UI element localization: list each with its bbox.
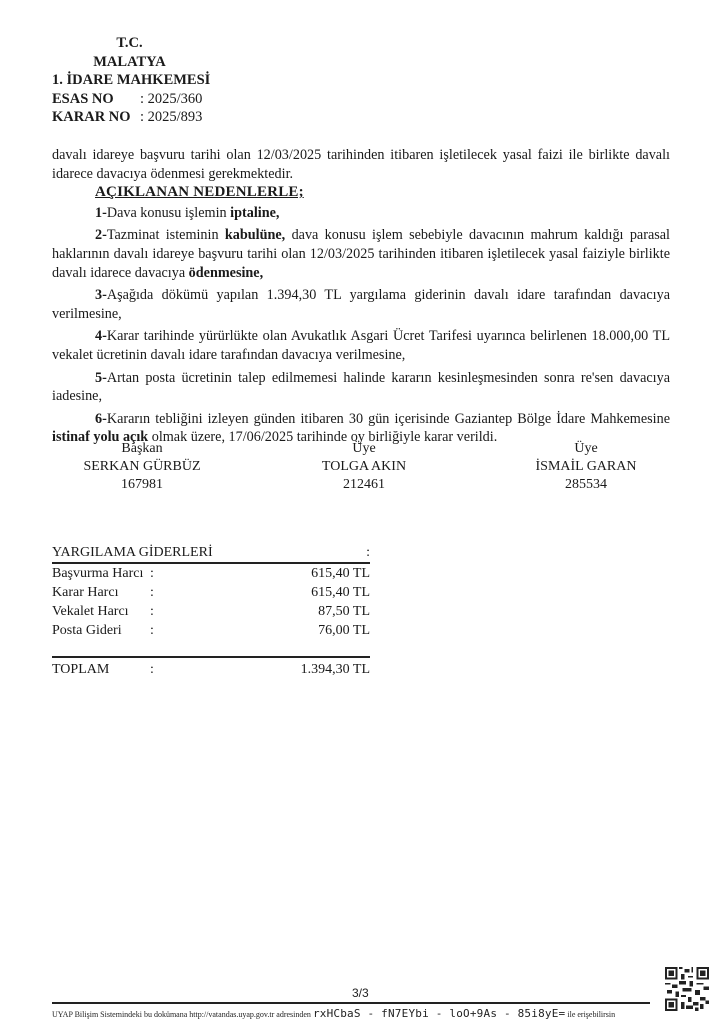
total-colon: : (150, 660, 170, 679)
footer-text-end: ile erişebilirsin (565, 1010, 615, 1019)
decision-item-3: 3-Aşağıda dökümü yapılan 1.394,30 TL yar… (52, 286, 670, 323)
costs-title-row: YARGILAMA GİDERLERİ : (52, 543, 370, 564)
cost-label: Posta Gideri (52, 621, 150, 640)
signer-role: Başkan (42, 440, 242, 458)
cost-colon: : (150, 602, 170, 621)
document-header: T.C. MALATYA 1. İDARE MAHKEMESİ ESAS NO … (52, 34, 210, 127)
item-text: Karar tarihinde yürürlükte olan Avukatlı… (52, 328, 670, 363)
costs-title-colon: : (366, 543, 370, 562)
signer-role: Üye (264, 440, 464, 458)
item-text: Dava konusu işlemin (107, 205, 230, 221)
cost-value: 87,50 TL (170, 602, 370, 621)
signature-block: Başkan SERKAN GÜRBÜZ 167981 Üye TOLGA AK… (52, 440, 670, 494)
cost-total-row: TOPLAM : 1.394,30 TL (52, 656, 370, 679)
country-label: T.C. (52, 34, 207, 53)
item-text: Artan posta ücretinin talep edilmemesi h… (52, 370, 670, 405)
item-bold-text: ödenmesine, (189, 265, 263, 281)
item-number: 3- (95, 287, 107, 303)
item-text: Tazminat isteminin (107, 227, 225, 243)
signer-id: 212461 (264, 476, 464, 494)
karar-label: KARAR NO (52, 108, 140, 127)
verification-code: rxHCbaS - fN7EYbi - loO+9As - 85i8yE= (313, 1007, 565, 1020)
page-number: 3/3 (352, 986, 369, 1000)
item-number: 1- (95, 205, 107, 221)
cost-label: Başvurma Harcı (52, 564, 150, 583)
signature-member-1: Üye TOLGA AKIN 212461 (264, 440, 464, 494)
signature-president: Başkan SERKAN GÜRBÜZ 167981 (42, 440, 242, 494)
esas-row: ESAS NO : 2025/360 (52, 90, 210, 109)
cost-colon: : (150, 564, 170, 583)
cost-value: 76,00 TL (170, 621, 370, 640)
court-name: 1. İDARE MAHKEMESİ (52, 71, 210, 90)
signer-name: SERKAN GÜRBÜZ (42, 458, 242, 476)
cost-row: Karar Harcı : 615,40 TL (52, 583, 370, 602)
item-number: 6- (95, 411, 107, 427)
decision-item-4: 4-Karar tarihinde yürürlükte olan Avukat… (52, 327, 670, 364)
item-text: Kararın tebliğini izleyen günden itibare… (107, 411, 670, 427)
signer-role: Üye (486, 440, 686, 458)
total-label: TOPLAM (52, 660, 150, 679)
cost-value: 615,40 TL (170, 583, 370, 602)
cost-value: 615,40 TL (170, 564, 370, 583)
cost-row: Posta Gideri : 76,00 TL (52, 621, 370, 640)
signature-member-2: Üye İSMAİL GARAN 285534 (486, 440, 686, 494)
item-text: Aşağıda dökümü yapılan 1.394,30 TL yargı… (52, 287, 670, 322)
cost-colon: : (150, 621, 170, 640)
esas-value: : 2025/360 (140, 90, 202, 109)
item-bold-text: iptaline, (230, 205, 279, 221)
signer-name: İSMAİL GARAN (486, 458, 686, 476)
total-value: 1.394,30 TL (170, 660, 370, 679)
costs-table: YARGILAMA GİDERLERİ : Başvurma Harcı : 6… (52, 543, 370, 679)
karar-row: KARAR NO : 2025/893 (52, 108, 210, 127)
item-number: 2- (95, 227, 107, 243)
intro-paragraph: davalı idareye başvuru tarihi olan 12/03… (52, 146, 670, 183)
verification-footer: UYAP Bilişim Sistemindeki bu dokümana ht… (52, 1002, 650, 1020)
esas-label: ESAS NO (52, 90, 140, 109)
cost-label: Karar Harcı (52, 583, 150, 602)
footer-text: UYAP Bilişim Sistemindeki bu dokümana ht… (52, 1010, 313, 1019)
karar-value: : 2025/893 (140, 108, 202, 127)
cost-label: Vekalet Harcı (52, 602, 150, 621)
decision-item-1: 1-Dava konusu işlemin iptaline, (52, 204, 670, 223)
signer-id: 285534 (486, 476, 686, 494)
cost-row: Başvurma Harcı : 615,40 TL (52, 564, 370, 583)
item-number: 5- (95, 370, 107, 386)
signer-name: TOLGA AKIN (264, 458, 464, 476)
city-label: MALATYA (52, 53, 207, 72)
costs-title: YARGILAMA GİDERLERİ (52, 543, 213, 562)
cost-row: Vekalet Harcı : 87,50 TL (52, 602, 370, 621)
section-title: AÇIKLANAN NEDENLERLE; (95, 183, 670, 202)
item-number: 4- (95, 328, 107, 344)
cost-colon: : (150, 583, 170, 602)
decision-item-2: 2-Tazminat isteminin kabulüne, dava konu… (52, 226, 670, 282)
decision-body: davalı idareye başvuru tarihi olan 12/03… (52, 146, 670, 447)
signer-id: 167981 (42, 476, 242, 494)
qr-code-icon (665, 967, 709, 1011)
decision-item-5: 5-Artan posta ücretinin talep edilmemesi… (52, 369, 670, 406)
item-bold-text: kabulüne, (225, 227, 285, 243)
